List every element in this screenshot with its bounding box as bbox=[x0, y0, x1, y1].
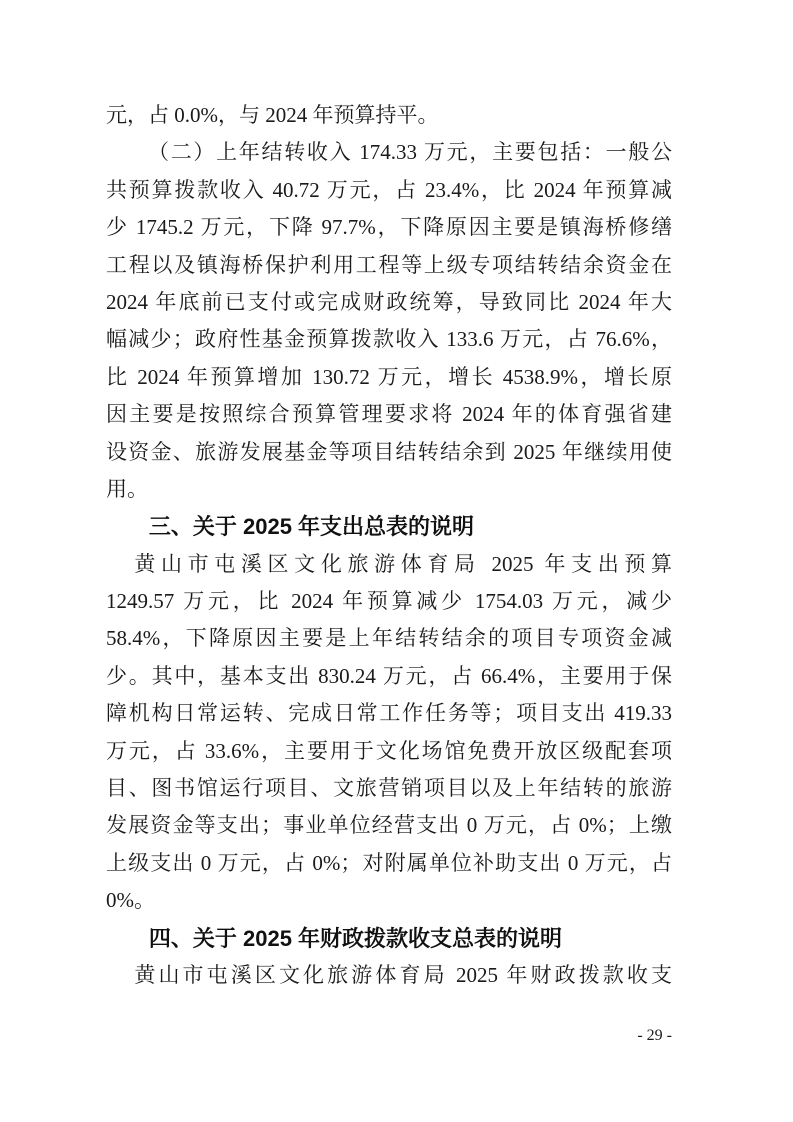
text-line: 58.4%，下降原因主要是上年结转结余的项目专项资金减 bbox=[106, 620, 672, 657]
text-line: 2024 年底前已支付或完成财政统筹，导致同比 2024 年大 bbox=[106, 284, 672, 321]
text-line: 因主要是按照综合预算管理要求将 2024 年的体育强省建 bbox=[106, 396, 672, 433]
text-line: 用。 bbox=[106, 471, 672, 508]
text-line: 共预算拨款收入 40.72 万元，占 23.4%，比 2024 年预算减 bbox=[106, 172, 672, 209]
text-line: 幅减少；政府性基金预算拨款收入 133.6 万元，占 76.6%， bbox=[106, 321, 672, 358]
text-line: 发展资金等支出；事业单位经营支出 0 万元，占 0%；上缴 bbox=[106, 807, 672, 844]
text-content: 元，占 0.0%，与 2024 年预算持平。 （二）上年结转收入 174.33 … bbox=[106, 97, 672, 994]
text-line: 少。其中，基本支出 830.24 万元，占 66.4%，主要用于保 bbox=[106, 658, 672, 695]
text-line: 黄山市屯溪区文化旅游体育局 2025 年财政拨款收支 bbox=[106, 957, 672, 994]
text-line: 上级支出 0 万元，占 0%；对附属单位补助支出 0 万元，占 bbox=[106, 845, 672, 882]
text-line: （二）上年结转收入 174.33 万元，主要包括：一般公 bbox=[106, 134, 672, 171]
text-line: 比 2024 年预算增加 130.72 万元，增长 4538.9%，增长原 bbox=[106, 359, 672, 396]
text-line: 万元，占 33.6%，主要用于文化场馆免费开放区级配套项 bbox=[106, 733, 672, 770]
section-heading-three: 三、关于 2025 年支出总表的说明 bbox=[106, 508, 672, 545]
text-line: 设资金、旅游发展基金等项目结转结余到 2025 年继续用使 bbox=[106, 434, 672, 471]
text-line: 黄山市屯溪区文化旅游体育局 2025 年支出预算 bbox=[106, 546, 672, 583]
document-page: 元，占 0.0%，与 2024 年预算持平。 （二）上年结转收入 174.33 … bbox=[0, 0, 793, 1122]
text-line: 元，占 0.0%，与 2024 年预算持平。 bbox=[106, 97, 672, 134]
text-line: 工程以及镇海桥保护利用工程等上级专项结转结余资金在 bbox=[106, 247, 672, 284]
text-line: 0%。 bbox=[106, 882, 672, 919]
text-line: 少 1745.2 万元，下降 97.7%，下降原因主要是镇海桥修缮 bbox=[106, 209, 672, 246]
page-number: - 29 - bbox=[637, 1026, 672, 1046]
text-line: 目、图书馆运行项目、文旅营销项目以及上年结转的旅游 bbox=[106, 770, 672, 807]
section-heading-four: 四、关于 2025 年财政拨款收支总表的说明 bbox=[106, 920, 672, 957]
text-line: 1249.57 万元，比 2024 年预算减少 1754.03 万元，减少 bbox=[106, 583, 672, 620]
text-line: 障机构日常运转、完成日常工作任务等；项目支出 419.33 bbox=[106, 695, 672, 732]
